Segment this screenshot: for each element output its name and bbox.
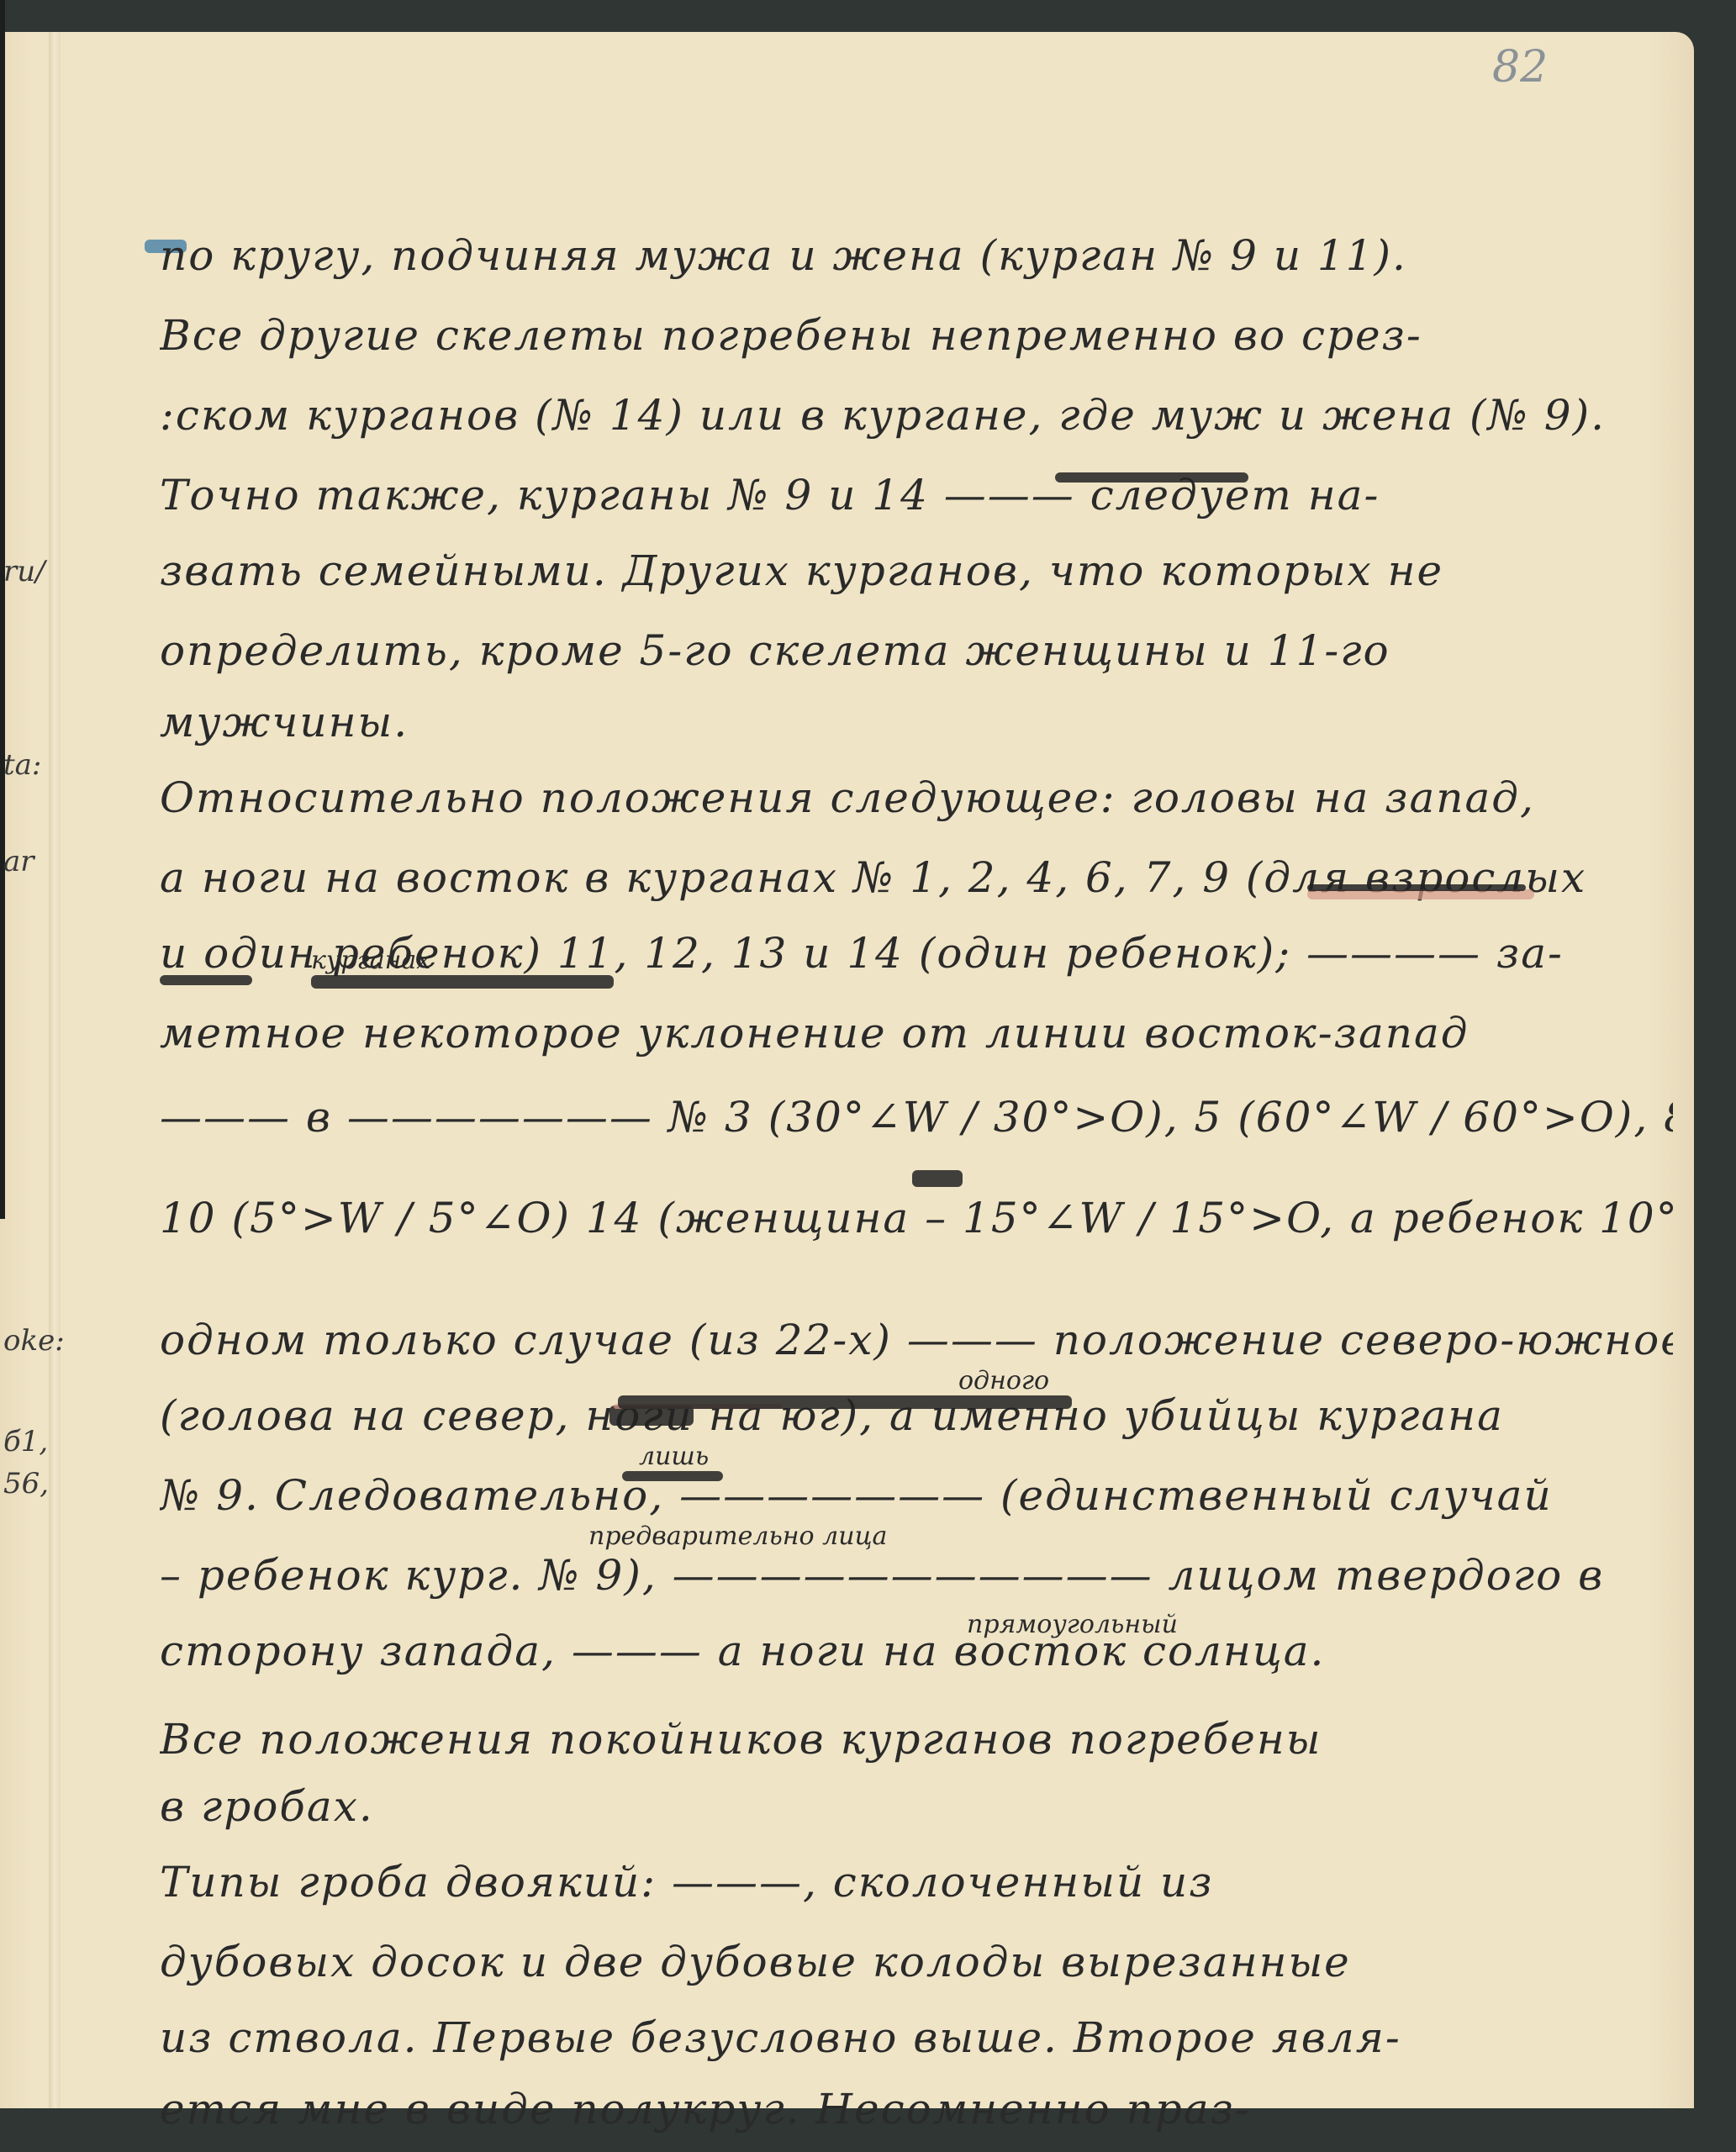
margin-fragment: ru/ — [3, 555, 45, 588]
manuscript-line: Относительно положения следующее: головы… — [160, 773, 1673, 822]
strikethrough — [160, 975, 252, 985]
page-fold — [49, 32, 61, 2108]
margin-fragment: ar — [3, 845, 34, 878]
manuscript-line: сторону запада, ——— а ноги на восток сол… — [160, 1627, 1673, 1675]
margin-fragment: 56, — [3, 1467, 49, 1501]
margin-fragment: ta: — [3, 748, 41, 782]
manuscript-line: метное некоторое уклонение от линии вост… — [160, 1009, 1673, 1058]
manuscript-line: 10 (5°>W / 5°∠O) 14 (женщина – 15°∠W / 1… — [160, 1194, 1673, 1242]
manuscript-line: одном только случае (из 22-х) ——— положе… — [160, 1316, 1673, 1364]
manuscript-line: из ствола. Первые безусловно выше. Второ… — [160, 2013, 1673, 2062]
manuscript-line: Все другие скелеты погребены непременно … — [160, 311, 1673, 360]
manuscript-line: определить, кроме 5-го скелета женщины и… — [160, 626, 1673, 675]
strikethrough — [1307, 884, 1526, 891]
manuscript-line: по кругу, подчиняя мужа и жена (курган №… — [160, 231, 1673, 280]
manuscript-line: Точно также, курганы № 9 и 14 ——— следуе… — [160, 471, 1673, 520]
page-number: 82 — [1492, 42, 1548, 92]
manuscript-line: Все положения покойников курганов погреб… — [160, 1715, 1673, 1764]
margin-fragment: б1, — [3, 1425, 48, 1458]
manuscript-line: ется мне в виде полукруг. Несомненно пра… — [160, 2085, 1673, 2135]
margin-fragment: oke: — [3, 1324, 65, 1358]
manuscript-line: ——— в ——————— № 3 (30°∠W / 30°>O), 5 (60… — [160, 1093, 1673, 1142]
manuscript-line: Типы гроба двоякий: ———, сколоченный из — [160, 1858, 1673, 1907]
interlinear-insert: прямоугольный — [967, 1610, 1178, 1639]
manuscript-line: :ском курганов (№ 14) или в кургане, где… — [160, 391, 1673, 440]
strikethrough — [311, 975, 614, 989]
strikethrough — [1055, 472, 1248, 483]
interlinear-insert: лишь — [639, 1442, 709, 1471]
interlinear-insert: предварительно лица — [588, 1522, 887, 1551]
manuscript-line: мужчины. — [160, 698, 1673, 746]
strikethrough — [622, 1471, 723, 1481]
manuscript-line: – ребенок кург. № 9), ——————————— лицом … — [160, 1551, 1673, 1600]
manuscript-line: звать семейными. Других курганов, что ко… — [160, 546, 1673, 595]
manuscript-line: в гробах. — [160, 1782, 1673, 1831]
binding-edge — [0, 0, 5, 1219]
interlinear-insert: одного — [958, 1366, 1049, 1395]
interlinear-insert: курганах — [311, 946, 430, 975]
manuscript-line: № 9. Следовательно, ——————— (единственны… — [160, 1471, 1673, 1520]
strikethrough — [912, 1170, 963, 1187]
manuscript-line: дубовых досок и две дубовые колоды вырез… — [160, 1938, 1673, 1986]
strikethrough — [618, 1395, 1072, 1409]
